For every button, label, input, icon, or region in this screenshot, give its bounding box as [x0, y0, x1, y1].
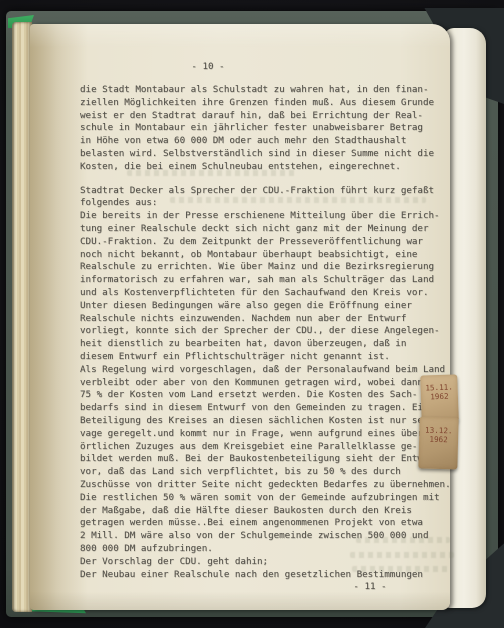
archive-tab-year: 1962 [419, 434, 458, 444]
bleed-through-text [350, 552, 454, 558]
bleed-through-text [356, 537, 450, 543]
page-number-bottom: - 11 - [335, 581, 405, 594]
photo-stage: - 10 - die Stadt Montabaur als Schulstad… [0, 0, 504, 628]
bleed-through-text [352, 566, 448, 572]
archive-date-tab-1: 15.11. 1962 [420, 374, 459, 422]
archive-tab-year: 1962 [421, 391, 458, 401]
document-page: - 10 - die Stadt Montabaur als Schulstad… [30, 24, 450, 610]
body-paragraph-1: die Stadt Montabaur als Schulstadt zu wa… [80, 84, 434, 174]
bleed-through-text [170, 197, 426, 203]
page-number-top: - 10 - [158, 61, 258, 74]
archive-date-tab-2: 13.12. 1962 [418, 416, 458, 469]
archive-tab-date: 13.12. [419, 425, 458, 435]
body-paragraph-2: Stadtrat Decker als Sprecher der CDU.-Fr… [80, 185, 451, 582]
page-edge-stack-left [12, 22, 32, 612]
bleed-through-text [127, 170, 295, 176]
